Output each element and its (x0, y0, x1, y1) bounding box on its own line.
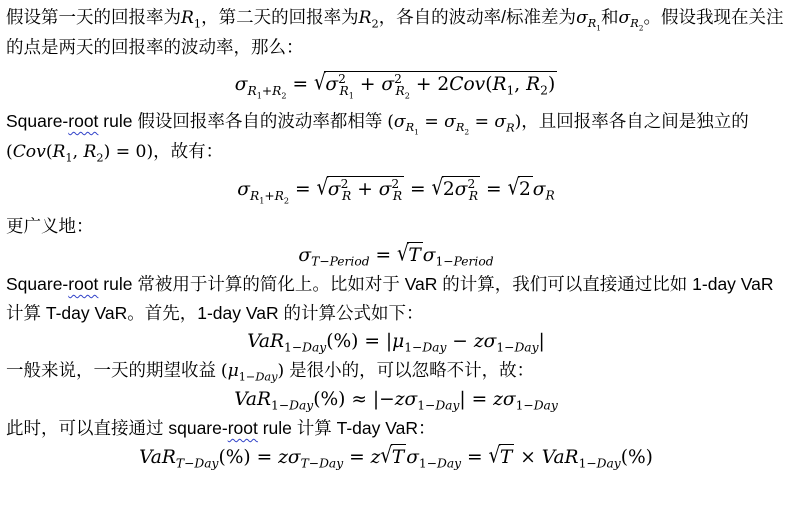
inline-math: R1 (181, 8, 201, 28)
formula-math: σR1+R2 = √σ2R1 + σ2R2 + 2Cov(R1, R2) (235, 74, 557, 95)
text-run: ，且回报率各自之间是独立的 (521, 111, 749, 131)
sqrt-radical: √2 (508, 176, 533, 203)
document: 假设第一天的回报率为R1，第二天的回报率为R2，各自的波动率/标准差为σR1和σ… (0, 0, 792, 471)
text-run: 更广义地： (6, 216, 94, 236)
inline-math: R2 (359, 8, 379, 28)
formula-math: VaR1−Day(%) = |μ1−Day − zσ1−Day| (247, 331, 545, 352)
misspelled-word: root (68, 274, 98, 294)
paragraph: 更广义地： (6, 212, 786, 241)
radical-sign-icon: √ (380, 441, 392, 472)
text-run: rule 假设回报率各自的波动率都相等 (98, 111, 387, 131)
text-run: 是很小的，可以忽略不计，故： (284, 360, 534, 380)
formula-math: σR1+R2 = √σ2R + σ2R = √2σ2R = √2σR (237, 179, 554, 200)
inline-math: (Cov(R1, R2) = 0) (6, 142, 153, 162)
display-formula: σR1+R2 = √σ2R1 + σ2R2 + 2Cov(R1, R2) (6, 71, 786, 98)
display-formula: VaR1−Day(%) = |μ1−Day − zσ1−Day| (6, 329, 786, 355)
inline-math: (μ1−Day) (221, 361, 284, 381)
display-formula: σR1+R2 = √σ2R + σ2R = √2σ2R = √2σR (6, 176, 786, 203)
text-run: Square- (6, 111, 68, 131)
sqrt-radical: √T (397, 242, 423, 269)
text-run: 和 (601, 7, 619, 27)
sqrt-radical: √2σ2R (432, 176, 481, 203)
display-formula: VaR1−Day(%) ≈ |−zσ1−Day| = zσ1−Day (6, 387, 786, 413)
inline-math: σR1 (576, 8, 601, 28)
radical-sign-icon: √ (508, 173, 520, 204)
misspelled-word: root (68, 111, 98, 131)
formula-math: VaRT−Day(%) = zσT−Day = z√Tσ1−Day = √T ×… (139, 447, 653, 468)
text-run: ，故有： (153, 141, 223, 161)
text-run: Square- (6, 274, 68, 294)
radical-sign-icon: √ (489, 441, 501, 472)
paragraph: Square-root rule 常被用于计算的简化上。比如对于 VaR 的计算… (6, 270, 786, 328)
text-run: rule 计算 T-day VaR： (258, 418, 436, 438)
text-run: 假设第一天的回报率为 (6, 7, 181, 27)
formula-math: σT−Period = √Tσ1−Period (298, 245, 493, 266)
display-formula: VaRT−Day(%) = zσT−Day = z√Tσ1−Day = √T ×… (6, 444, 786, 471)
text-run: 一般来说，一天的期望收益 (6, 360, 221, 380)
inline-math: σR2 (619, 8, 644, 28)
display-formula: σT−Period = √Tσ1−Period (6, 242, 786, 269)
sqrt-radical: √T (489, 444, 515, 471)
formula-math: VaR1−Day(%) ≈ |−zσ1−Day| = zσ1−Day (234, 389, 558, 410)
text-run: ，第二天的回报率为 (201, 7, 359, 27)
radical-sign-icon: √ (432, 173, 444, 204)
paragraph: 一般来说，一天的期望收益 (μ1−Day) 是很小的，可以忽略不计，故： (6, 356, 786, 386)
sqrt-radical: √σ2R1 + σ2R2 + 2Cov(R1, R2) (314, 71, 557, 98)
sqrt-radical: √σ2R + σ2R (317, 176, 405, 203)
misspelled-word: root (228, 418, 258, 438)
paragraph: 此时，可以直接通过 square-root rule 计算 T-day VaR： (6, 414, 786, 443)
text-run: 此时，可以直接通过 square- (6, 418, 228, 438)
radical-sign-icon: √ (397, 239, 409, 270)
text-run: ，各自的波动率/标准差为 (379, 7, 576, 27)
inline-math: (σR1 = σR2 = σR) (387, 112, 521, 132)
text-run: rule 常被用于计算的简化上。比如对于 VaR 的计算，我们可以直接通过比如 … (6, 274, 774, 323)
sqrt-radical: √T (380, 444, 406, 471)
paragraph: Square-root rule 假设回报率各自的波动率都相等 (σR1 = σ… (6, 107, 786, 167)
radical-sign-icon: √ (314, 68, 326, 99)
radical-sign-icon: √ (317, 173, 329, 204)
paragraph: 假设第一天的回报率为R1，第二天的回报率为R2，各自的波动率/标准差为σR1和σ… (6, 3, 786, 62)
